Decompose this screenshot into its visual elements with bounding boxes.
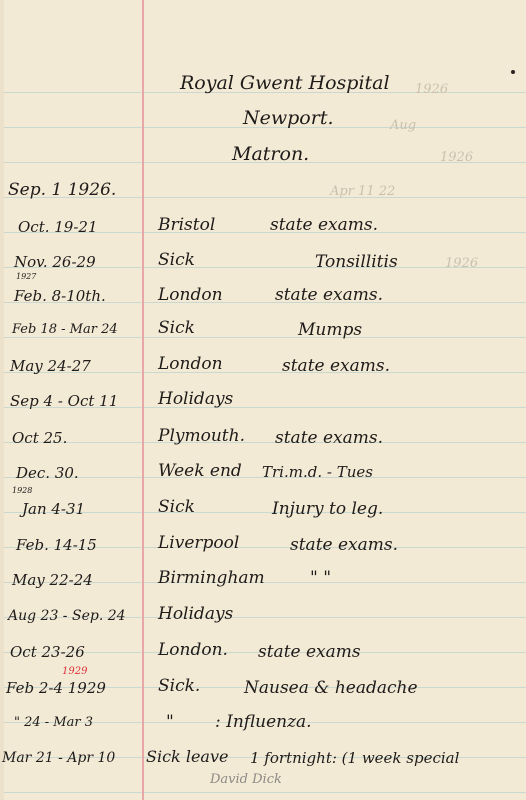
entry-note: state exams. (290, 535, 398, 555)
entry-place: Sick (158, 497, 195, 517)
entry-note: Tri.m.d. - Tues (262, 463, 373, 481)
entry-date: Feb. 8-10th. (14, 287, 106, 305)
entry-date: Dec. 30. (16, 464, 79, 482)
entry-place: London (158, 285, 223, 305)
ghost-text: 1926 (415, 82, 448, 97)
entry-note: state exams. (282, 356, 390, 376)
entry-date: Sep. 1 1926. (8, 180, 116, 200)
entry-note: Nausea & headache (244, 678, 418, 698)
entry-note: " " (310, 568, 331, 588)
year-annotation: 1927 (16, 272, 36, 281)
entry-note: state exams (258, 642, 361, 662)
entry-place: Holidays (158, 389, 233, 409)
ghost-text: 1926 (440, 150, 473, 165)
entry-date: Oct. 19-21 (18, 218, 98, 236)
entry-place: Plymouth. (158, 426, 245, 446)
entry-place: Sick (158, 318, 195, 338)
hospital-name: Royal Gwent Hospital (180, 72, 390, 94)
pencil-signature: David Dick (210, 772, 282, 787)
entry-date: Feb 2-4 1929 (6, 679, 106, 697)
red-margin-line (142, 0, 144, 800)
red-year-annotation: 1929 (62, 666, 87, 677)
entry-place: Sick (158, 250, 195, 270)
year-annotation: 1928 (12, 486, 32, 495)
paper-edge (0, 0, 4, 800)
entry-date: Aug 23 - Sep. 24 (8, 608, 126, 624)
entry-note: : Influenza. (215, 712, 312, 732)
entry-date: Sep 4 - Oct 11 (10, 392, 118, 410)
entry-date: Oct 23-26 (10, 643, 85, 661)
entry-note: Mumps (298, 320, 362, 340)
entry-date: Mar 21 - Apr 10 (2, 750, 115, 766)
entry-place: Sick. (158, 676, 200, 696)
entry-date: Nov. 26-29 (14, 253, 96, 271)
ghost-text: Apr 11 22 (330, 184, 395, 199)
entry-date: Feb 18 - Mar 24 (12, 322, 118, 337)
entry-place: London (158, 354, 223, 374)
entry-place: Bristol (158, 215, 215, 235)
entry-date: May 24-27 (10, 357, 91, 375)
ghost-text: Aug (390, 118, 416, 133)
entry-date: Oct 25. (12, 429, 67, 447)
hospital-town: Newport. (243, 107, 334, 129)
entry-note: state exams. (270, 215, 378, 235)
entry-place: Holidays (158, 604, 233, 624)
document-role: Matron. (232, 143, 309, 165)
entry-date: May 22-24 (12, 571, 93, 589)
entry-note: 1 fortnight: (1 week special (250, 749, 459, 767)
entry-place: Birmingham (158, 568, 265, 588)
entry-place: Sick leave (146, 747, 228, 766)
entry-note: Injury to leg. (272, 499, 383, 519)
entry-date: Jan 4-31 (22, 500, 85, 518)
entry-note: state exams. (275, 428, 383, 448)
ink-dot (511, 70, 515, 74)
entry-place: Week end (158, 461, 242, 481)
entry-place: London. (158, 640, 228, 660)
entry-place: " (166, 712, 174, 732)
entry-note: Tonsillitis (315, 252, 398, 272)
entry-date: Feb. 14-15 (16, 536, 97, 554)
entry-date: " 24 - Mar 3 (14, 715, 93, 730)
entry-note: state exams. (275, 285, 383, 305)
entry-place: Liverpool (158, 533, 239, 553)
ghost-text: 1926 (445, 256, 478, 271)
